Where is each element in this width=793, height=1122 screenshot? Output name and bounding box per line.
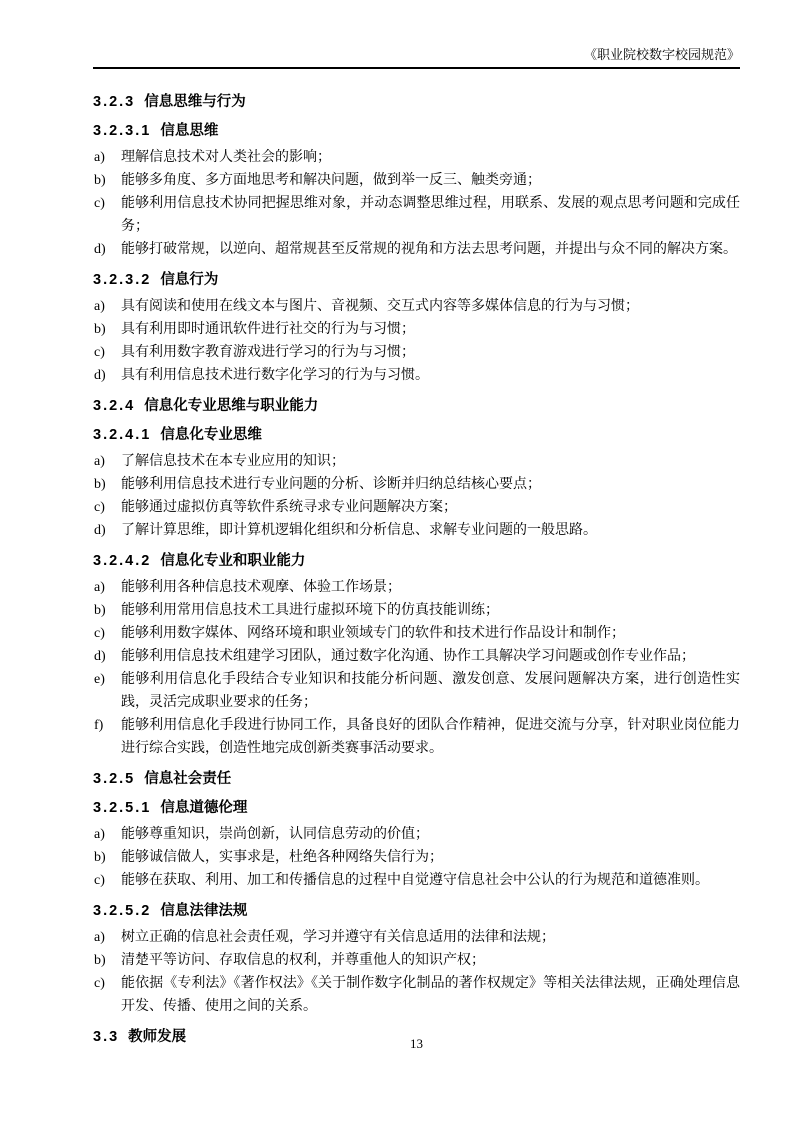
item-marker: b) <box>93 846 121 869</box>
section-heading: 3.2.3 信息思维与行为 <box>93 92 740 112</box>
section-title: 信息化专业和职业能力 <box>160 551 305 571</box>
section-heading: 3.2.3.1 信息思维 <box>93 121 740 141</box>
list-item: b) 能够利用信息技术进行专业问题的分析、诊断并归纳总结核心要点； <box>93 473 740 496</box>
section-title: 信息思维与行为 <box>144 92 246 112</box>
section-3-2-5-1: 3.2.5.1 信息道德伦理 a) 能够尊重知识，崇尚创新，认同信息劳动的价值；… <box>93 798 740 892</box>
section-3-2-3: 3.2.3 信息思维与行为 <box>93 92 740 112</box>
section-3-2-4-2: 3.2.4.2 信息化专业和职业能力 a) 能够利用各种信息技术观摩、体验工作场… <box>93 551 740 760</box>
list-item: d) 能够利用信息技术组建学习团队，通过数字化沟通、协作工具解决学习问题或创作专… <box>93 645 740 668</box>
item-text: 能依据《专利法》《著作权法》《关于制作数字化制品的著作权规定》等相关法律法规，正… <box>121 972 740 1018</box>
list-item: c) 具有利用数字教育游戏进行学习的行为与习惯； <box>93 341 740 364</box>
item-marker: d) <box>93 645 121 668</box>
section-number: 3.2.3 <box>93 92 135 112</box>
section-title: 信息法律法规 <box>160 901 247 921</box>
list-item: f) 能够利用信息化手段进行协同工作，具备良好的团队合作精神，促进交流与分享，针… <box>93 714 740 760</box>
section-title: 信息思维 <box>160 121 218 141</box>
section-heading: 3.2.4.1 信息化专业思维 <box>93 425 740 445</box>
running-header-title: 《职业院校数字校园规范》 <box>584 47 740 62</box>
item-text: 能够利用数字媒体、网络环境和职业领域专门的软件和技术进行作品设计和制作； <box>121 622 740 645</box>
list-item: d) 了解计算思维，即计算机逻辑化组织和分析信息、求解专业问题的一般思路。 <box>93 519 740 542</box>
item-list: a) 理解信息技术对人类社会的影响； b) 能够多角度、多方面地思考和解决问题，… <box>93 146 740 261</box>
section-heading: 3.2.5.2 信息法律法规 <box>93 901 740 921</box>
item-text: 能够利用信息化手段结合专业知识和技能分析问题、激发创意、发展问题解决方案，进行创… <box>121 668 740 714</box>
list-item: c) 能够通过虚拟仿真等软件系统寻求专业问题解决方案； <box>93 496 740 519</box>
item-marker: d) <box>93 238 121 261</box>
item-text: 能够打破常规，以逆向、超常规甚至反常规的视角和方法去思考问题，并提出与众不同的解… <box>121 238 740 261</box>
item-marker: e) <box>93 668 121 714</box>
item-marker: c) <box>93 869 121 892</box>
item-marker: a) <box>93 450 121 473</box>
item-text: 具有利用即时通讯软件进行社交的行为与习惯； <box>121 318 740 341</box>
item-marker: c) <box>93 192 121 238</box>
item-marker: a) <box>93 295 121 318</box>
running-header: 《职业院校数字校园规范》 <box>93 46 740 69</box>
item-list: a) 能够尊重知识，崇尚创新，认同信息劳动的价值； b) 能够诚信做人，实事求是… <box>93 823 740 892</box>
section-title: 信息化专业思维与职业能力 <box>144 396 318 416</box>
list-item: a) 具有阅读和使用在线文本与图片、音视频、交互式内容等多媒体信息的行为与习惯； <box>93 295 740 318</box>
item-text: 了解计算思维，即计算机逻辑化组织和分析信息、求解专业问题的一般思路。 <box>121 519 740 542</box>
item-text: 了解信息技术在本专业应用的知识； <box>121 450 740 473</box>
item-marker: b) <box>93 473 121 496</box>
list-item: d) 具有利用信息技术进行数字化学习的行为与习惯。 <box>93 364 740 387</box>
item-marker: b) <box>93 318 121 341</box>
section-number: 3.2.3.1 <box>93 121 151 141</box>
item-marker: a) <box>93 823 121 846</box>
section-title: 信息道德伦理 <box>160 798 247 818</box>
item-text: 能够通过虚拟仿真等软件系统寻求专业问题解决方案； <box>121 496 740 519</box>
list-item: b) 清楚平等访问、存取信息的权利，并尊重他人的知识产权； <box>93 949 740 972</box>
item-marker: c) <box>93 972 121 1018</box>
item-text: 能够利用信息技术协同把握思维对象，并动态调整思维过程，用联系、发展的观点思考问题… <box>121 192 740 238</box>
section-3-2-3-1: 3.2.3.1 信息思维 a) 理解信息技术对人类社会的影响； b) 能够多角度… <box>93 121 740 261</box>
section-number: 3.2.4 <box>93 396 135 416</box>
item-marker: c) <box>93 622 121 645</box>
page-number: 13 <box>410 1036 423 1051</box>
item-text: 具有阅读和使用在线文本与图片、音视频、交互式内容等多媒体信息的行为与习惯； <box>121 295 740 318</box>
item-text: 具有利用信息技术进行数字化学习的行为与习惯。 <box>121 364 740 387</box>
item-text: 能够多角度、多方面地思考和解决问题，做到举一反三、触类旁通； <box>121 169 740 192</box>
list-item: b) 能够诚信做人，实事求是，杜绝各种网络失信行为； <box>93 846 740 869</box>
item-marker: a) <box>93 576 121 599</box>
item-text: 树立正确的信息社会责任观，学习并遵守有关信息适用的法律和法规； <box>121 926 740 949</box>
section-3-2-3-2: 3.2.3.2 信息行为 a) 具有阅读和使用在线文本与图片、音视频、交互式内容… <box>93 270 740 387</box>
section-3-2-4: 3.2.4 信息化专业思维与职业能力 <box>93 396 740 416</box>
section-number: 3.2.5 <box>93 769 135 789</box>
list-item: a) 了解信息技术在本专业应用的知识； <box>93 450 740 473</box>
section-heading: 3.2.5.1 信息道德伦理 <box>93 798 740 818</box>
list-item: d) 能够打破常规，以逆向、超常规甚至反常规的视角和方法去思考问题，并提出与众不… <box>93 238 740 261</box>
item-marker: d) <box>93 519 121 542</box>
list-item: a) 能够尊重知识，崇尚创新，认同信息劳动的价值； <box>93 823 740 846</box>
item-text: 具有利用数字教育游戏进行学习的行为与习惯； <box>121 341 740 364</box>
item-text: 能够利用信息技术组建学习团队，通过数字化沟通、协作工具解决学习问题或创作专业作品… <box>121 645 740 668</box>
section-heading: 3.2.5 信息社会责任 <box>93 769 740 789</box>
item-marker: b) <box>93 949 121 972</box>
list-item: c) 能够利用数字媒体、网络环境和职业领域专门的软件和技术进行作品设计和制作； <box>93 622 740 645</box>
section-number: 3.2.4.2 <box>93 551 151 571</box>
section-title: 信息化专业思维 <box>160 425 262 445</box>
section-heading: 3.2.3.2 信息行为 <box>93 270 740 290</box>
section-heading: 3.2.4.2 信息化专业和职业能力 <box>93 551 740 571</box>
list-item: a) 理解信息技术对人类社会的影响； <box>93 146 740 169</box>
item-text: 能够利用信息化手段进行协同工作，具备良好的团队合作精神，促进交流与分享，针对职业… <box>121 714 740 760</box>
section-number: 3.2.5.2 <box>93 901 151 921</box>
item-marker: a) <box>93 926 121 949</box>
item-list: a) 了解信息技术在本专业应用的知识； b) 能够利用信息技术进行专业问题的分析… <box>93 450 740 542</box>
section-number: 3.2.4.1 <box>93 425 151 445</box>
section-title: 信息行为 <box>160 270 218 290</box>
item-marker: d) <box>93 364 121 387</box>
section-title: 信息社会责任 <box>144 769 231 789</box>
item-text: 理解信息技术对人类社会的影响； <box>121 146 740 169</box>
section-3-2-5: 3.2.5 信息社会责任 <box>93 769 740 789</box>
item-marker: f) <box>93 714 121 760</box>
section-number: 3.2.3.2 <box>93 270 151 290</box>
list-item: b) 能够利用常用信息技术工具进行虚拟环境下的仿真技能训练； <box>93 599 740 622</box>
list-item: c) 能够在获取、利用、加工和传播信息的过程中自觉遵守信息社会中公认的行为规范和… <box>93 869 740 892</box>
section-3-2-5-2: 3.2.5.2 信息法律法规 a) 树立正确的信息社会责任观，学习并遵守有关信息… <box>93 901 740 1018</box>
section-heading: 3.2.4 信息化专业思维与职业能力 <box>93 396 740 416</box>
document-body: 3.2.3 信息思维与行为 3.2.3.1 信息思维 a) 理解信息技术对人类社… <box>93 92 740 1047</box>
item-list: a) 具有阅读和使用在线文本与图片、音视频、交互式内容等多媒体信息的行为与习惯；… <box>93 295 740 387</box>
section-3-2-4-1: 3.2.4.1 信息化专业思维 a) 了解信息技术在本专业应用的知识； b) 能… <box>93 425 740 542</box>
item-marker: a) <box>93 146 121 169</box>
list-item: c) 能够利用信息技术协同把握思维对象，并动态调整思维过程，用联系、发展的观点思… <box>93 192 740 238</box>
list-item: b) 能够多角度、多方面地思考和解决问题，做到举一反三、触类旁通； <box>93 169 740 192</box>
item-marker: b) <box>93 169 121 192</box>
item-text: 能够利用常用信息技术工具进行虚拟环境下的仿真技能训练； <box>121 599 740 622</box>
page-footer: 13 <box>93 1036 740 1052</box>
list-item: a) 树立正确的信息社会责任观，学习并遵守有关信息适用的法律和法规； <box>93 926 740 949</box>
list-item: e) 能够利用信息化手段结合专业知识和技能分析问题、激发创意、发展问题解决方案，… <box>93 668 740 714</box>
item-text: 能够诚信做人，实事求是，杜绝各种网络失信行为； <box>121 846 740 869</box>
item-text: 能够尊重知识，崇尚创新，认同信息劳动的价值； <box>121 823 740 846</box>
section-number: 3.2.5.1 <box>93 798 151 818</box>
item-list: a) 能够利用各种信息技术观摩、体验工作场景； b) 能够利用常用信息技术工具进… <box>93 576 740 760</box>
document-page: 《职业院校数字校园规范》 3.2.3 信息思维与行为 3.2.3.1 信息思维 … <box>0 0 793 1122</box>
item-marker: c) <box>93 496 121 519</box>
item-marker: c) <box>93 341 121 364</box>
item-list: a) 树立正确的信息社会责任观，学习并遵守有关信息适用的法律和法规； b) 清楚… <box>93 926 740 1018</box>
item-marker: b) <box>93 599 121 622</box>
list-item: a) 能够利用各种信息技术观摩、体验工作场景； <box>93 576 740 599</box>
item-text: 能够利用信息技术进行专业问题的分析、诊断并归纳总结核心要点； <box>121 473 740 496</box>
list-item: c) 能依据《专利法》《著作权法》《关于制作数字化制品的著作权规定》等相关法律法… <box>93 972 740 1018</box>
item-text: 清楚平等访问、存取信息的权利，并尊重他人的知识产权； <box>121 949 740 972</box>
item-text: 能够在获取、利用、加工和传播信息的过程中自觉遵守信息社会中公认的行为规范和道德准… <box>121 869 740 892</box>
item-text: 能够利用各种信息技术观摩、体验工作场景； <box>121 576 740 599</box>
list-item: b) 具有利用即时通讯软件进行社交的行为与习惯； <box>93 318 740 341</box>
